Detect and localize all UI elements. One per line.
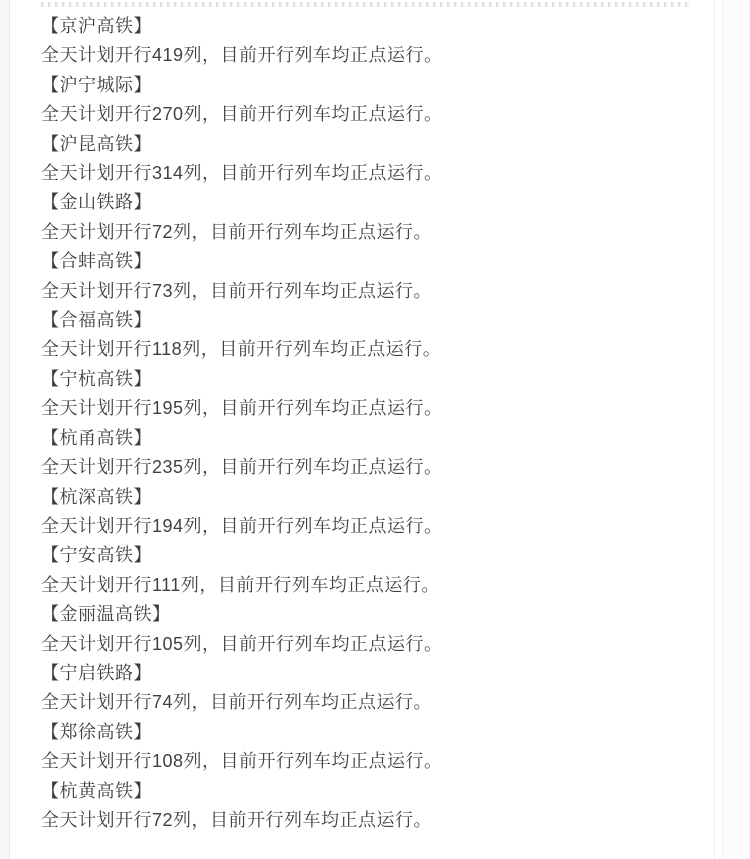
rail-line-section: 【沪宁城际】 全天计划开行270列，目前开行列车均正点运行。 <box>41 71 701 130</box>
rail-line-section: 【杭深高铁】 全天计划开行194列，目前开行列车均正点运行。 <box>41 483 701 542</box>
rail-line-name: 【沪昆高铁】 <box>41 130 701 159</box>
rail-line-section: 【京沪高铁】 全天计划开行419列，目前开行列车均正点运行。 <box>41 12 701 71</box>
rail-line-section: 【沪昆高铁】 全天计划开行314列，目前开行列车均正点运行。 <box>41 130 701 189</box>
rail-line-section: 【杭甬高铁】 全天计划开行235列，目前开行列车均正点运行。 <box>41 424 701 483</box>
page-right-rule <box>714 0 715 859</box>
rail-line-section: 【宁启铁路】 全天计划开行74列，目前开行列车均正点运行。 <box>41 659 701 718</box>
rail-line-section: 【宁安高铁】 全天计划开行111列，目前开行列车均正点运行。 <box>41 541 701 600</box>
rail-line-section: 【金丽温高铁】 全天计划开行105列，目前开行列车均正点运行。 <box>41 600 701 659</box>
rail-line-name: 【合福高铁】 <box>41 306 701 335</box>
rail-line-status: 全天计划开行235列，目前开行列车均正点运行。 <box>41 453 701 482</box>
rail-line-section: 【合福高铁】 全天计划开行118列，目前开行列车均正点运行。 <box>41 306 701 365</box>
clipped-text-remnant <box>41 2 689 7</box>
rail-line-name: 【沪宁城际】 <box>41 71 701 100</box>
rail-line-status: 全天计划开行108列，目前开行列车均正点运行。 <box>41 747 701 776</box>
rail-line-status: 全天计划开行72列，目前开行列车均正点运行。 <box>41 218 701 247</box>
rail-line-name: 【宁启铁路】 <box>41 659 701 688</box>
railway-status-bulletin: 【京沪高铁】 全天计划开行419列，目前开行列车均正点运行。 【沪宁城际】 全天… <box>41 12 701 835</box>
rail-line-status: 全天计划开行74列，目前开行列车均正点运行。 <box>41 688 701 717</box>
rail-line-status: 全天计划开行419列，目前开行列车均正点运行。 <box>41 41 701 70</box>
rail-line-name: 【宁杭高铁】 <box>41 365 701 394</box>
rail-line-name: 【杭甬高铁】 <box>41 424 701 453</box>
rail-line-section: 【郑徐高铁】 全天计划开行108列，目前开行列车均正点运行。 <box>41 718 701 777</box>
rail-line-name: 【宁安高铁】 <box>41 541 701 570</box>
page-left-gutter <box>0 0 10 859</box>
rail-line-status: 全天计划开行195列，目前开行列车均正点运行。 <box>41 394 701 423</box>
rail-line-name: 【杭深高铁】 <box>41 483 701 512</box>
page-right-gutter <box>723 0 750 859</box>
rail-line-status: 全天计划开行194列，目前开行列车均正点运行。 <box>41 512 701 541</box>
rail-line-name: 【合蚌高铁】 <box>41 247 701 276</box>
rail-line-status: 全天计划开行314列，目前开行列车均正点运行。 <box>41 159 701 188</box>
rail-line-section: 【宁杭高铁】 全天计划开行195列，目前开行列车均正点运行。 <box>41 365 701 424</box>
rail-line-status: 全天计划开行105列，目前开行列车均正点运行。 <box>41 630 701 659</box>
rail-line-name: 【金丽温高铁】 <box>41 600 701 629</box>
rail-line-name: 【杭黄高铁】 <box>41 777 701 806</box>
rail-line-status: 全天计划开行72列，目前开行列车均正点运行。 <box>41 806 701 835</box>
rail-line-section: 【金山铁路】 全天计划开行72列，目前开行列车均正点运行。 <box>41 188 701 247</box>
rail-line-name: 【京沪高铁】 <box>41 12 701 41</box>
rail-line-section-list: 【京沪高铁】 全天计划开行419列，目前开行列车均正点运行。 【沪宁城际】 全天… <box>41 12 701 835</box>
rail-line-section: 【杭黄高铁】 全天计划开行72列，目前开行列车均正点运行。 <box>41 777 701 836</box>
rail-line-section: 【合蚌高铁】 全天计划开行73列，目前开行列车均正点运行。 <box>41 247 701 306</box>
rail-line-status: 全天计划开行111列，目前开行列车均正点运行。 <box>41 571 701 600</box>
rail-line-name: 【金山铁路】 <box>41 188 701 217</box>
rail-line-status: 全天计划开行118列，目前开行列车均正点运行。 <box>41 335 701 364</box>
rail-line-name: 【郑徐高铁】 <box>41 718 701 747</box>
rail-line-status: 全天计划开行73列，目前开行列车均正点运行。 <box>41 277 701 306</box>
rail-line-status: 全天计划开行270列，目前开行列车均正点运行。 <box>41 100 701 129</box>
